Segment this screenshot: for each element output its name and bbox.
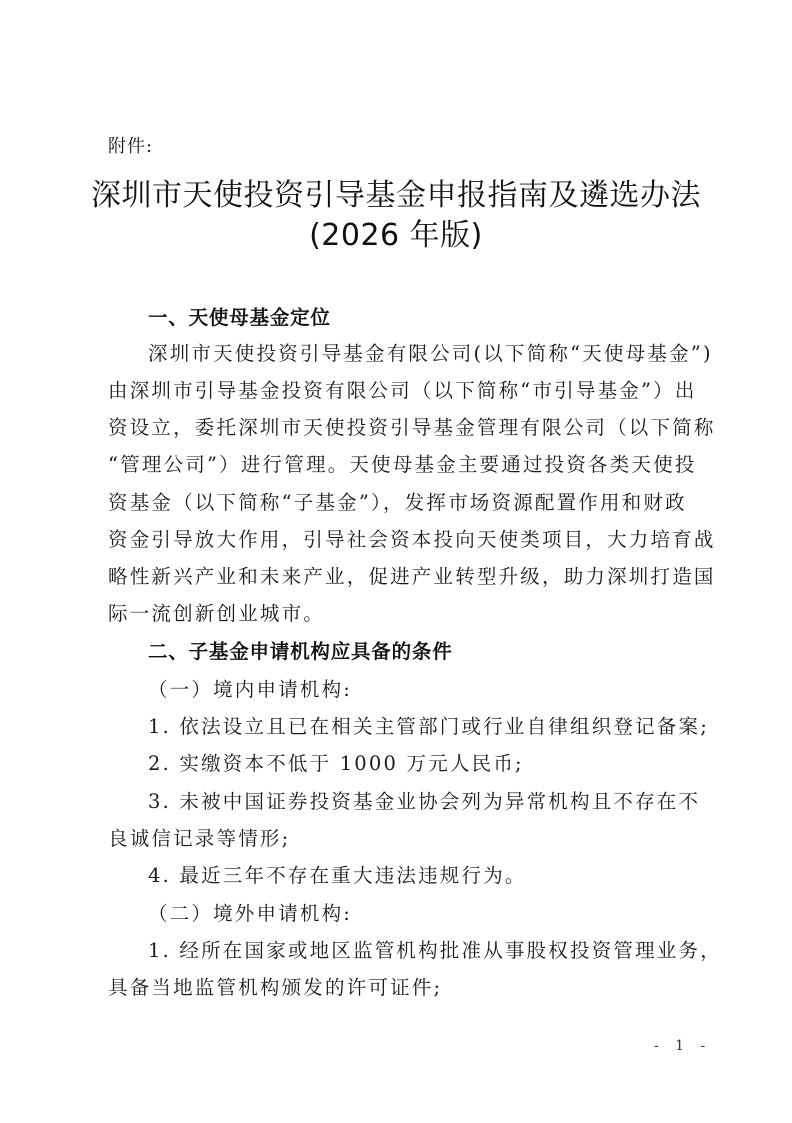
body-text-line: 略性新兴产业和未来产业，促进产业转型升级，助力深圳打造国 [108,564,716,590]
body-text-line: 1. 经所在国家或地区监管机构批准从事股权投资管理业务， [148,938,722,964]
section-heading: 二、子基金申请机构应具备的条件 [148,639,453,665]
body-text-line: 3. 未被中国证券投资基金业协会列为异常机构且不存在不 [148,789,700,815]
body-text-line: 具备当地监管机构颁发的许可证件; [108,975,442,1001]
body-text-line: 1. 依法设立且已在相关主管部门或行业自律组织登记备案; [148,714,709,740]
body-text-line: 际一流创新创业城市。 [108,601,325,627]
body-text-line: 资基金（以下简称“子基金”），发挥市场资源配置作用和财政 [108,490,687,516]
body-text-line: （一）境内申请机构: [148,677,352,703]
document-page: 附件: 深圳市天使投资引导基金申报指南及遴选办法 (2026 年版) 一、天使母… [0,0,792,1123]
document-title: 深圳市天使投资引导基金申报指南及遴选办法 [0,176,792,216]
body-text-line: 良诚信记录等情形; [108,826,290,852]
page-number: - 1 - [654,1038,711,1054]
body-text-line: 资金引导放大作用，引导社会资本投向天使类项目，大力培育战 [108,527,716,553]
body-text-line: （二）境外申请机构: [148,901,352,927]
attachment-label: 附件: [108,134,153,160]
body-text-line: 4. 最近三年不存在重大违法违规行为。 [148,863,527,889]
body-text-line: 深圳市天使投资引导基金有限公司(以下简称“天使母基金”) [148,341,713,367]
body-text-line: 2. 实缴资本不低于 1000 万元人民币; [148,751,524,777]
body-text-line: 由深圳市引导基金投资有限公司（以下简称“市引导基金”）出 [108,378,697,404]
document-title-edition: (2026 年版) [0,216,792,256]
body-text-line: 资设立，委托深圳市天使投资引导基金管理有限公司（以下简称 [108,415,716,441]
body-text-line: “管理公司”）进行管理。天使母基金主要通过投资各类天使投 [108,452,697,478]
section-heading: 一、天使母基金定位 [148,305,331,331]
